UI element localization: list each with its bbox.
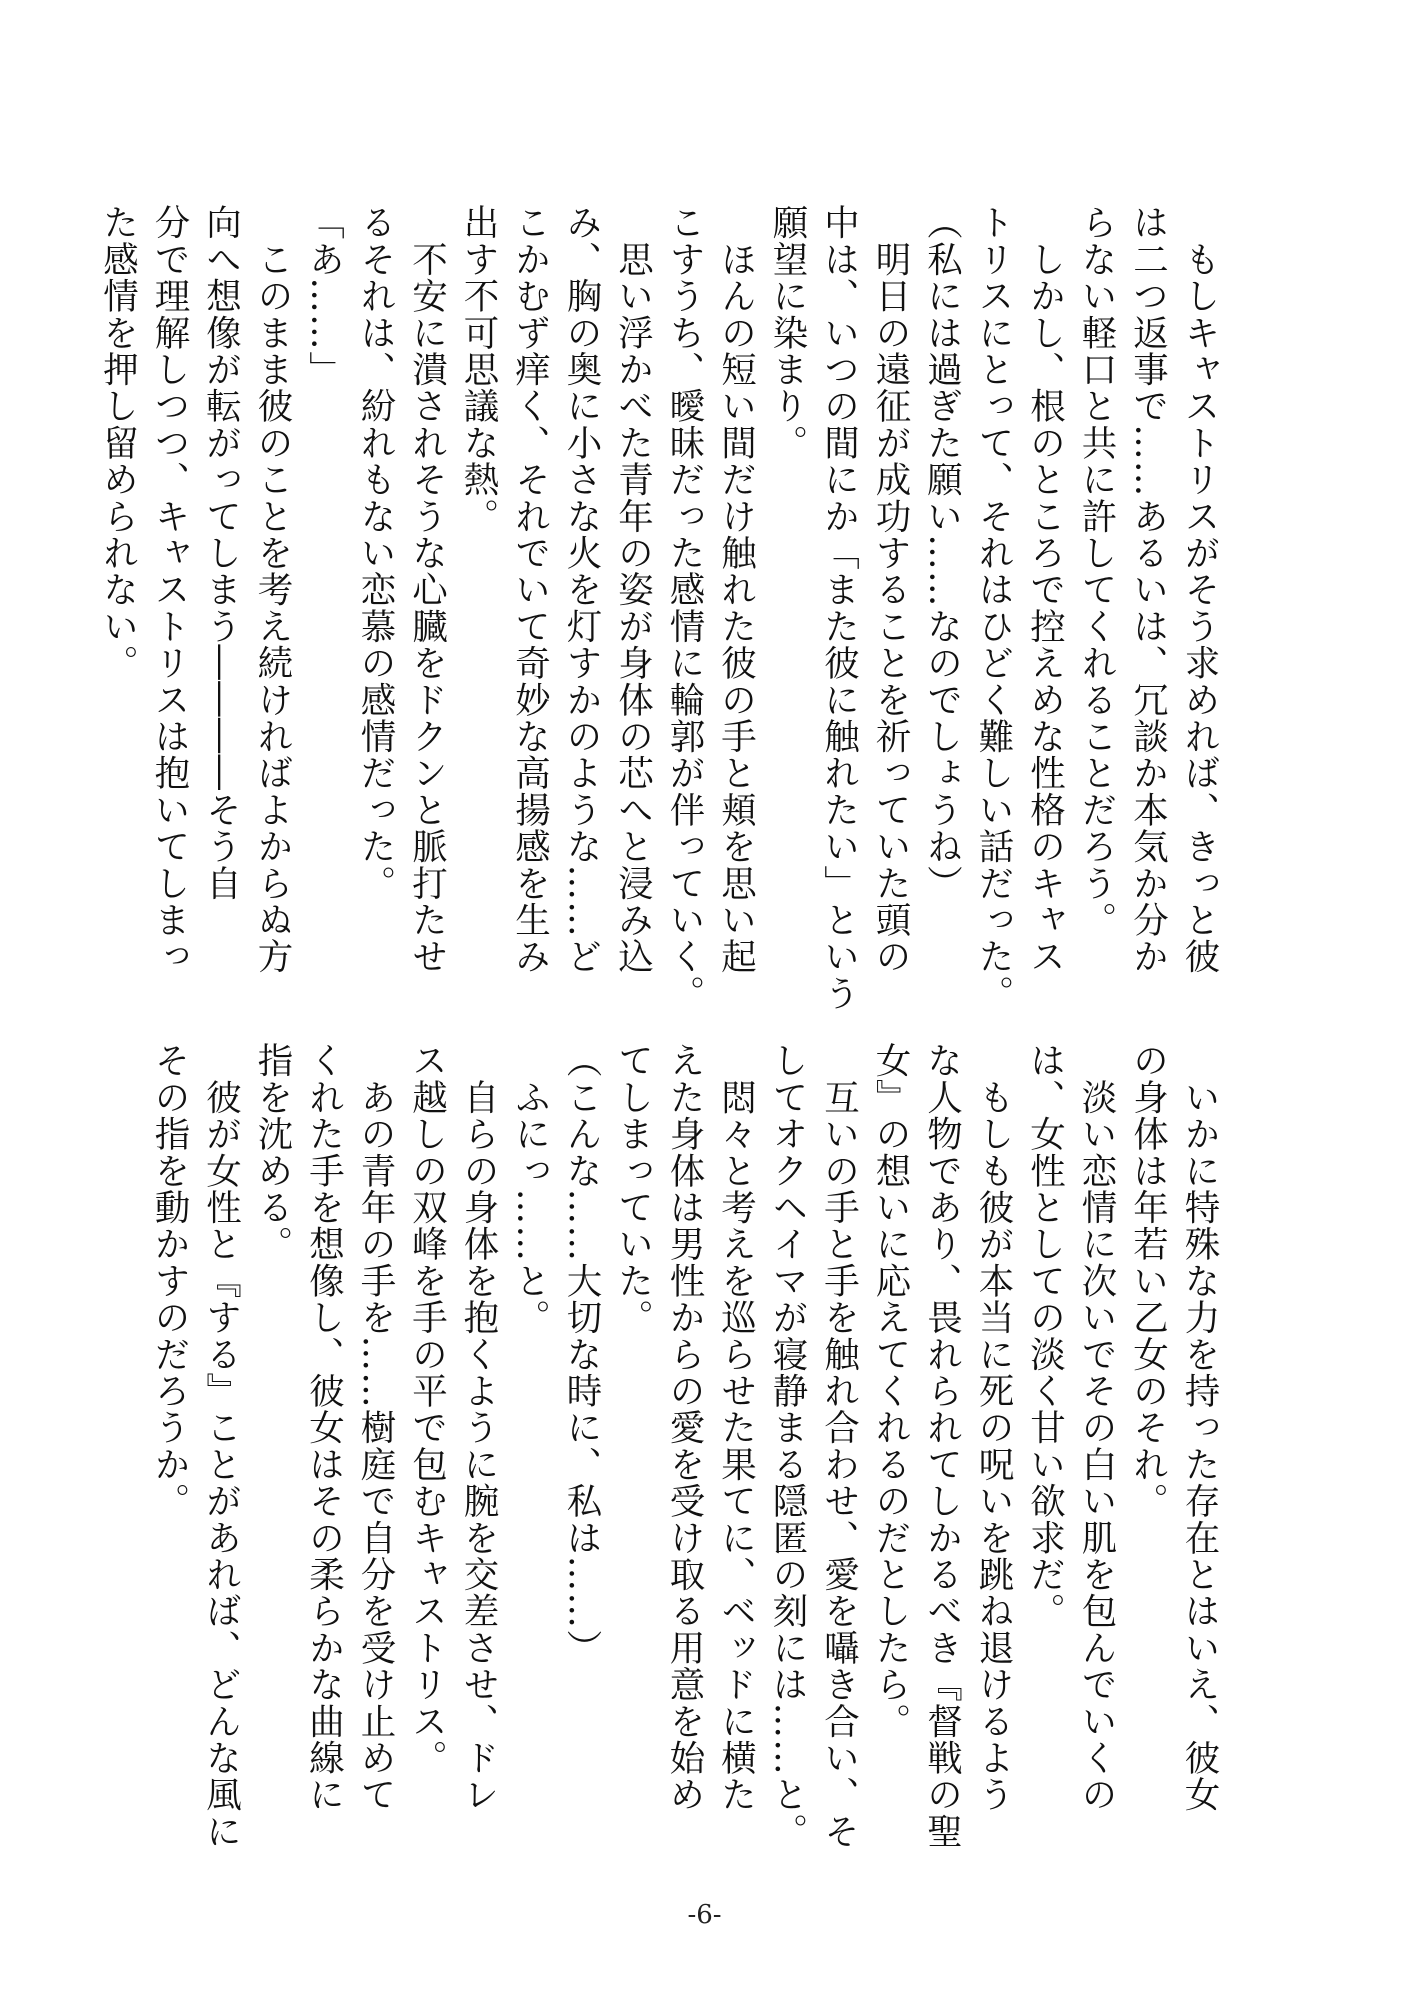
text-line: えた身体は男性からの愛を受け取る用意を始め [659,1042,711,1842]
text-line: 出す不可思議な熱。 [453,204,505,1004]
text-line: は二つ返事で……あるいは、冗談か本気か分か [1122,204,1174,1004]
text-line: み、胸の奥に小さな火を灯すかのような……ど [556,204,608,1004]
text-block-top: もしキャストリスがそう求めれば、きっと彼は二つ返事で……あるいは、冗談か本気か分… [125,204,1225,1004]
text-block-bottom: いかに特殊な力を持った存在とはいえ、彼女の身体は年若い乙女のそれ。 淡い恋情に次… [125,1042,1225,1842]
text-line: あの青年の手を……樹庭で自分を受け止めて [350,1042,402,1842]
text-line: いかに特殊な力を持った存在とはいえ、彼女 [1174,1042,1226,1842]
text-line: もしキャストリスがそう求めれば、きっと彼 [1174,204,1226,1004]
text-line: （私には過ぎた願い……なのでしょうね） [916,204,968,1004]
text-line: 中は、いつの間にか「また彼に触れたい」という [813,204,865,1004]
text-line: 向へ想像が転がってしまう――――そう自 [195,204,247,1004]
text-line: た感情を押し留められない。 [92,204,144,1004]
text-line: もしも彼が本当に死の呪いを跳ね退けるよう [968,1042,1020,1842]
text-line: 不安に潰されそうな心臓をドクンと脈打たせ [401,204,453,1004]
text-line: ふにっ……と。 [504,1042,556,1842]
text-line: 指を沈める。 [247,1042,299,1842]
text-line: このまま彼のことを考え続ければよからぬ方 [247,204,299,1004]
text-line: 明日の遠征が成功することを祈っていた頭の [865,204,917,1004]
text-line: 悶々と考えを巡らせた果てに、ベッドに横た [710,1042,762,1842]
text-line: しかし、根のところで控えめな性格のキャス [1019,204,1071,1004]
text-line: てしまっていた。 [607,1042,659,1842]
text-line: 彼が女性と『する』ことがあれば、どんな風に [195,1042,247,1842]
text-line: ほんの短い間だけ触れた彼の手と頬を思い起 [710,204,762,1004]
text-line: らない軽口と共に許してくれることだろう。 [1071,204,1123,1004]
text-line: な人物であり、畏れられてしかるべき『督戦の聖 [916,1042,968,1842]
text-line: 互いの手と手を触れ合わせ、愛を囁き合い、そ [813,1042,865,1842]
text-line: 思い浮かべた青年の姿が身体の芯へと浸み込 [607,204,659,1004]
text-line: 分で理解しつつ、キャストリスは抱いてしまっ [144,204,196,1004]
text-line: こかむず痒く、それでいて奇妙な高揚感を生み [504,204,556,1004]
text-line: の身体は年若い乙女のそれ。 [1122,1042,1174,1842]
text-line: ス越しの双峰を手の平で包むキャストリス。 [401,1042,453,1842]
text-line: 淡い恋情に次いでその白い肌を包んでいくの [1071,1042,1123,1842]
text-line: その指を動かすのだろうか。 [144,1042,196,1842]
text-line: くれた手を想像し、彼女はその柔らかな曲線に [298,1042,350,1842]
text-line: してオクヘイマが寝静まる隠匿の刻には……と。 [762,1042,814,1842]
text-line: は、女性としての淡く甘い欲求だ。 [1019,1042,1071,1842]
text-line: るそれは、紛れもない恋慕の感情だった。 [350,204,402,1004]
text-line: こすうち、曖昧だった感情に輪郭が伴っていく。 [659,204,711,1004]
text-line: （こんな……大切な時に、私は……） [556,1042,608,1842]
text-line: 願望に染まり。 [762,204,814,1004]
text-line: 自らの身体を抱くように腕を交差させ、ドレ [453,1042,505,1842]
text-line: 女』の想いに応えてくれるのだとしたら。 [865,1042,917,1842]
text-line: トリスにとって、それはひどく難しい話だった。 [968,204,1020,1004]
page-number: -6- [0,1900,1409,1930]
text-line: 「あ……」 [298,204,350,1004]
